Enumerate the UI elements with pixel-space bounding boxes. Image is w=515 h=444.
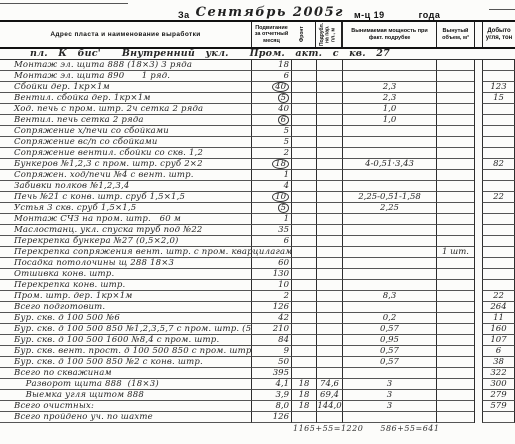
advance-cell: 42 [251,313,291,324]
column-gap [474,214,482,225]
column-gap [474,258,482,269]
header-front: Фронт [291,22,316,47]
front-cell [291,269,316,280]
row-label: Бункеров №1,2,3 с пром. штр. сруб 2×2 [0,159,251,170]
row-label: Перекрепка сопряжения вент. штр. с пром.… [0,247,251,258]
advance-cell: 40 [251,104,291,115]
coal-cell: 279 [482,390,515,401]
coal-cell [482,126,515,137]
coal-cell [482,225,515,236]
coal-cell [482,181,515,192]
row-label: Бур. скв. вент. прост. д 100 500 850 с п… [0,346,251,357]
advance-number: 50 [278,357,289,367]
column-gap [474,236,482,247]
coal-cell [482,203,515,214]
thickness-cell [342,148,436,159]
advance-number: 8,0 [275,401,289,411]
volume-cell [436,115,474,126]
row-label: Сопряжен. ход/печи №4 с вент. штр. [0,170,251,181]
title-month-handwritten: Сентябрь 2005г [196,5,344,20]
table-row: Всего подготовит.126264 [0,302,515,313]
row-label: Пром. штр. дер. 1кр×1м [0,291,251,302]
table-row: Всего пройдено уч. по шахте126 [0,412,515,423]
title-year-label: года [419,10,441,20]
table-row: Монтаж СЧЗ на пром. штр. 60 м1шт [0,214,515,225]
advance-number: 1 [284,170,289,180]
table-row: Ход. печь с пром. штр. 2ч сетка 2 ряда40… [0,104,515,115]
advance-cell: 130м [251,269,291,280]
advance-cell: 5м [251,203,291,214]
area-cell: 144,0 [316,401,342,412]
row-label: Печь №21 с конв. штр. сруб 1,5×1,5 [0,192,251,203]
row-label: Вентил. печь сетка 2 ряда [0,115,251,126]
front-cell [291,258,316,269]
row-label: Отшивка конв. штр. [0,269,251,280]
area-cell [316,82,342,93]
column-gap [474,137,482,148]
advance-number: 1 [284,214,289,224]
front-cell [291,181,316,192]
front-cell: 18 [291,390,316,401]
thickness-cell [342,126,436,137]
table-row: Бур. скв. д 100 500 850 №2 с конв. штр.5… [0,357,515,368]
volume-cell [436,390,474,401]
column-gap [474,302,482,313]
thickness-cell [342,280,436,291]
volume-cell [436,291,474,302]
advance-cell: 4,1 [251,379,291,390]
advance-cell: 3,9 [251,390,291,401]
area-cell [316,71,342,82]
row-label: Монтаж эл. щита 888 (18×3) 3 ряда [0,60,251,71]
thickness-cell [342,412,436,423]
advance-cell: 35м [251,225,291,236]
table-row: Сопряжен. ход/печи №4 с вент. штр.1шт [0,170,515,181]
front-cell [291,357,316,368]
thickness-cell [342,170,436,181]
coal-cell: 6 [482,346,515,357]
row-label: Сопряжение вентил. сбойки со скв. 1,2 [0,148,251,159]
coal-cell [482,412,515,423]
front-cell [291,159,316,170]
area-cell [316,126,342,137]
volume-cell [436,60,474,71]
row-label: Всего подготовит. [0,302,251,313]
coal-cell [482,148,515,159]
area-cell [316,115,342,126]
thickness-cell: 2,25-0,51-1,58 [342,192,436,203]
advance-number: 6 [278,115,289,125]
coal-cell: 22 [482,291,515,302]
volume-cell [436,236,474,247]
table-row: Маслостанц. укл. спуска труб под №2235м [0,225,515,236]
thickness-cell [342,302,436,313]
advance-number: 126 [273,412,289,422]
coal-cell [482,269,515,280]
column-gap [474,93,482,104]
volume-cell [436,401,474,412]
thickness-cell [342,247,436,258]
advance-cell: 126 [251,412,291,423]
area-cell [316,170,342,181]
advance-number: 84 [278,335,289,345]
area-cell [316,247,342,258]
table-row: Всего по скважинам395322 [0,368,515,379]
column-gap [474,192,482,203]
row-label: Бур. скв. д 100 500 850 №2 с конв. штр. [0,357,251,368]
advance-number: 40 [278,104,289,114]
column-gap [474,346,482,357]
coal-cell: 15 [482,93,515,104]
column-gap [474,335,482,346]
volume-cell [436,302,474,313]
area-cell [316,104,342,115]
front-cell [291,137,316,148]
column-gap [474,280,482,291]
header-advance: Подвигание за отчетный месяц [251,22,291,47]
table-row: Перекрепка бункера №27 (0,5×2,0)6м [0,236,515,247]
area-cell [316,346,342,357]
advance-cell: 50 [251,357,291,368]
row-label: Вентил. сбойка дер. 1кр×1м [0,93,251,104]
coal-cell [482,137,515,148]
front-cell [291,192,316,203]
row-label: Бур. скв. д 100 500 1600 №8,4 с пром. шт… [0,335,251,346]
advance-number: 18 [272,159,289,169]
thickness-cell: 2,25 [342,203,436,214]
volume-cell [436,148,474,159]
thickness-cell: 1,0 [342,104,436,115]
table-row: Бур. скв. д 100 500 №6420,211 [0,313,515,324]
volume-cell [436,346,474,357]
thickness-cell: 1,0 [342,115,436,126]
column-gap [474,115,482,126]
volume-cell [436,313,474,324]
area-cell [316,324,342,335]
row-label: Бур. скв. д 100 500 850 №1,2,3,5,7 с про… [0,324,251,335]
column-gap [474,181,482,192]
thickness-cell [342,137,436,148]
thickness-cell: 4-0,51·3,43 [342,159,436,170]
column-gap [474,313,482,324]
advance-cell: 6м [251,236,291,247]
table-row: Бур. скв. д 100 500 1600 №8,4 с пром. шт… [0,335,515,346]
front-cell [291,126,316,137]
front-cell [291,93,316,104]
column-gap [474,247,482,258]
table-row: Выемка угля щитом 8883,91869,43279 [0,390,515,401]
area-cell [316,280,342,291]
header-address: Адрес пласта и наименование выработки [0,22,251,47]
coal-cell: 38 [482,357,515,368]
coal-cell [482,104,515,115]
area-cell [316,313,342,324]
table-row: Сбойки дер. 1кр×1м402,3123 [0,82,515,93]
advance-number: 210 [273,324,289,334]
area-cell [316,412,342,423]
table-row: Монтаж эл. щита 888 (18×3) 3 ряда18м [0,60,515,71]
column-gap [474,324,482,335]
row-label: Всего пройдено уч. по шахте [0,412,251,423]
area-cell [316,60,342,71]
coal-cell [482,71,515,82]
advance-cell: 126 [251,302,291,313]
area-cell [316,291,342,302]
area-cell [316,258,342,269]
row-label: Посадка потолочины щ 288 18×3 [0,258,251,269]
volume-cell [436,126,474,137]
front-cell [291,60,316,71]
header-column-gap [474,22,482,47]
advance-cell: 2шт [251,148,291,159]
volume-cell [436,181,474,192]
thickness-cell [342,214,436,225]
coal-cell: 123 [482,82,515,93]
area-cell [316,159,342,170]
table-row: Отшивка конв. штр.130м [0,269,515,280]
front-cell [291,247,316,258]
row-label: Сопряжение вс/п со сбойками [0,137,251,148]
area-cell [316,225,342,236]
advance-number: 40 [272,82,289,92]
volume-cell [436,170,474,181]
advance-cell: 5шт [251,137,291,148]
front-cell: 18 [291,379,316,390]
table-row: Сопряжение х/печи со сбойками5шт [0,126,515,137]
report-title: За Сентябрь 2005г м-ц 19 года [0,1,515,20]
front-cell [291,225,316,236]
advance-cell: 210 [251,324,291,335]
table-row: Пром. штр. дер. 1кр×1м28,322 [0,291,515,302]
table-row: Перекрепка конв. штр.10рядов [0,280,515,291]
row-label: Устья 3 скв. сруб 1,5×1,5 [0,203,251,214]
advance-cell: 40 [251,82,291,93]
coal-cell: 82 [482,159,515,170]
volume-cell [436,280,474,291]
table-header: Адрес пласта и наименование выработки По… [0,20,515,49]
row-label: Перекрепка конв. штр. [0,280,251,291]
table-row: Бур. скв. д 100 500 850 №1,2,3,5,7 с про… [0,324,515,335]
header-volume: Вынутый объем, м³ [436,22,474,47]
coal-cell [482,280,515,291]
coal-cell [482,60,515,71]
table-row: Сопряжение вентил. сбойки со скв. 1,22шт [0,148,515,159]
thickness-cell: 0,57 [342,324,436,335]
thickness-cell: 8,3 [342,291,436,302]
volume-cell [436,214,474,225]
row-label: Сопряжение х/печи со сбойками [0,126,251,137]
front-cell [291,368,316,379]
advance-number: 35 [278,225,289,235]
coal-cell [482,258,515,269]
volume-cell [436,225,474,236]
area-cell [316,368,342,379]
row-label: Маслостанц. укл. спуска труб под №22 [0,225,251,236]
advance-cell: 18 [251,159,291,170]
coal-cell: 579 [482,401,515,412]
volume-cell [436,159,474,170]
advance-cell: 5шт [251,126,291,137]
front-cell [291,324,316,335]
advance-number: 42 [278,313,289,323]
area-cell [316,335,342,346]
column-gap [474,60,482,71]
advance-number: 9 [284,346,289,356]
column-gap [474,379,482,390]
column-gap [474,148,482,159]
thickness-cell [342,258,436,269]
title-month-label: м-ц 19 [354,10,385,20]
front-cell [291,71,316,82]
column-gap [474,269,482,280]
coal-cell [482,236,515,247]
area-cell [316,148,342,159]
volume-cell [436,192,474,203]
column-gap [474,126,482,137]
coal-cell: 107 [482,335,515,346]
column-gap [474,203,482,214]
front-cell [291,236,316,247]
column-gap [474,82,482,93]
area-cell [316,192,342,203]
thickness-cell: 3 [342,401,436,412]
advance-number: 4 [284,181,289,191]
area-cell [316,302,342,313]
coal-cell [482,247,515,258]
front-cell [291,170,316,181]
advance-number: 3,9 [275,390,289,400]
row-label: Забивки полков №1,2,3,4 [0,181,251,192]
row-label: Всего очистных: [0,401,251,412]
table-row: Бур. скв. вент. прост. д 100 500 850 с п… [0,346,515,357]
area-cell [316,214,342,225]
advance-cell: 9 [251,346,291,357]
area-cell [316,137,342,148]
thickness-cell [342,181,436,192]
column-gap [474,357,482,368]
advance-cell: 2 [251,291,291,302]
volume-cell [436,368,474,379]
row-label: Ход. печь с пром. штр. 2ч сетка 2 ряда [0,104,251,115]
front-cell [291,412,316,423]
front-cell [291,335,316,346]
volume-cell [436,324,474,335]
front-cell [291,115,316,126]
volume-cell [436,269,474,280]
column-gap [474,291,482,302]
thickness-cell [342,71,436,82]
column-gap [474,170,482,181]
advance-cell: 8,0 [251,401,291,412]
coal-cell: 22 [482,192,515,203]
table-row: Перекрепка сопряжения вент. штр. с пром.… [0,247,515,258]
volume-cell [436,379,474,390]
volume-cell [436,203,474,214]
section-row: пл. К бис' Внутренний укл. Пром. акт. с … [0,49,515,60]
volume-cell [436,335,474,346]
row-label: Выемка угля щитом 888 [0,390,251,401]
advance-cell: 60м² [251,258,291,269]
advance-number: 10 [272,192,289,202]
advance-cell: 1шт [251,170,291,181]
area-cell [316,269,342,280]
area-cell [316,181,342,192]
handwritten-calculation-note: 1165+55=1220 586+55=641 [293,424,439,433]
advance-number: 126 [273,302,289,312]
volume-cell [436,137,474,148]
column-gap [474,71,482,82]
advance-number: 2 [284,148,289,158]
column-gap [474,412,482,423]
column-gap [474,225,482,236]
front-cell [291,280,316,291]
column-gap [474,368,482,379]
header-coal: Добыто угля, тон [482,22,515,47]
advance-number: 18 [278,60,289,70]
advance-number: 10 [278,280,289,290]
scanned-report-page: За Сентябрь 2005г м-ц 19 года Адрес плас… [0,0,515,444]
header-thickness: Вынимаемая мощность при факт. подрубке [342,22,436,47]
row-label: Разворот щита 888 (18×3) [0,379,251,390]
table-row: Устья 3 скв. сруб 1,5×1,55м2,25 [0,203,515,214]
advance-cell: 4шт [251,181,291,192]
thickness-cell: 3 [342,390,436,401]
advance-number: 5 [278,203,289,213]
table-row: Печь №21 с конв. штр. сруб 1,5×1,5102,25… [0,192,515,203]
advance-cell: 6 [251,115,291,126]
volume-cell [436,258,474,269]
advance-cell: 10 [251,192,291,203]
table-row: Вентил. печь сетка 2 ряда61,0 [0,115,515,126]
volume-cell [436,104,474,115]
thickness-cell: 0,2 [342,313,436,324]
column-gap [474,390,482,401]
section-title: пл. К бис' Внутренний укл. Пром. акт. с … [0,49,515,60]
advance-number: 5 [284,137,289,147]
thickness-cell [342,225,436,236]
volume-cell [436,93,474,104]
front-cell [291,104,316,115]
front-cell [291,346,316,357]
row-label: Монтаж СЧЗ на пром. штр. 60 м [0,214,251,225]
coal-cell: 160 [482,324,515,335]
coal-cell [482,214,515,225]
advance-number: 5 [284,126,289,136]
table-row: Посадка потолочины щ 288 18×360м² [0,258,515,269]
row-label: Сбойки дер. 1кр×1м [0,82,251,93]
column-gap [474,401,482,412]
thickness-cell [342,368,436,379]
advance-cell: 5 [251,93,291,104]
thickness-cell: 2,3 [342,93,436,104]
area-cell: 69,4 [316,390,342,401]
thickness-cell: 0,57 [342,346,436,357]
front-cell [291,82,316,93]
thickness-cell: 0,95 [342,335,436,346]
advance-cell: 6м [251,71,291,82]
front-cell [291,313,316,324]
table-row: Бункеров №1,2,3 с пром. штр. сруб 2×2184… [0,159,515,170]
front-cell [291,148,316,159]
area-cell [316,357,342,368]
coal-cell: 264 [482,302,515,313]
advance-cell: 18м [251,60,291,71]
thickness-cell [342,269,436,280]
row-label: Монтаж эл. щита 890 1 ряд. [0,71,251,82]
volume-cell [436,412,474,423]
table-row: Сопряжение вс/п со сбойками5шт [0,137,515,148]
table-row: Вентил. сбойка дер. 1кр×1м52,315 [0,93,515,104]
